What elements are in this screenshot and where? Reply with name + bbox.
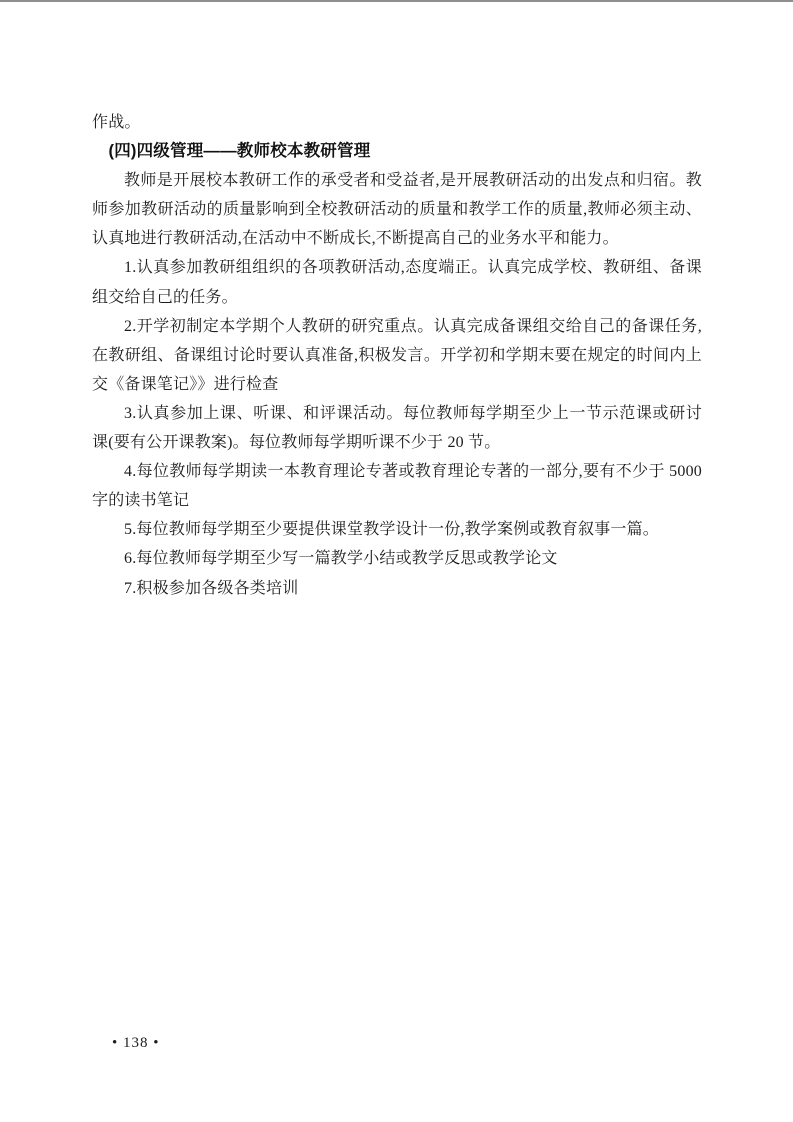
list-item-6: 6.每位教师每学期至少写一篇教学小结或教学反思或教学论文	[92, 544, 702, 573]
list-item-2: 2.开学初制定本学期个人教研的研究重点。认真完成备课组交给自己的备课任务,在教研…	[92, 312, 702, 399]
section-heading: (四)四级管理——教师校本教研管理	[92, 137, 702, 166]
list-item-5: 5.每位教师每学期至少要提供课堂教学设计一份,教学案例或教育叙事一篇。	[92, 515, 702, 544]
list-item-4: 4.每位教师每学期读一本教育理论专著或教育理论专著的一部分,要有不少于 5000…	[92, 457, 702, 515]
scan-top-edge	[0, 0, 793, 2]
document-page: 作战。 (四)四级管理——教师校本教研管理 教师是开展校本教研工作的承受者和受益…	[0, 0, 793, 1122]
page-number: • 138 •	[112, 1033, 160, 1053]
list-item-3: 3.认真参加上课、听课、和评课活动。每位教师每学期至少上一节示范课或研讨课(要有…	[92, 399, 702, 457]
intro-paragraph: 教师是开展校本教研工作的承受者和受益者,是开展教研活动的出发点和归宿。教师参加教…	[92, 166, 702, 253]
list-item-7: 7.积极参加各级各类培训	[92, 574, 702, 603]
page-content: 作战。 (四)四级管理——教师校本教研管理 教师是开展校本教研工作的承受者和受益…	[92, 108, 702, 603]
list-item-1: 1.认真参加教研组组织的各项教研活动,态度端正。认真完成学校、教研组、备课组交给…	[92, 253, 702, 311]
continuation-text: 作战。	[92, 108, 702, 137]
